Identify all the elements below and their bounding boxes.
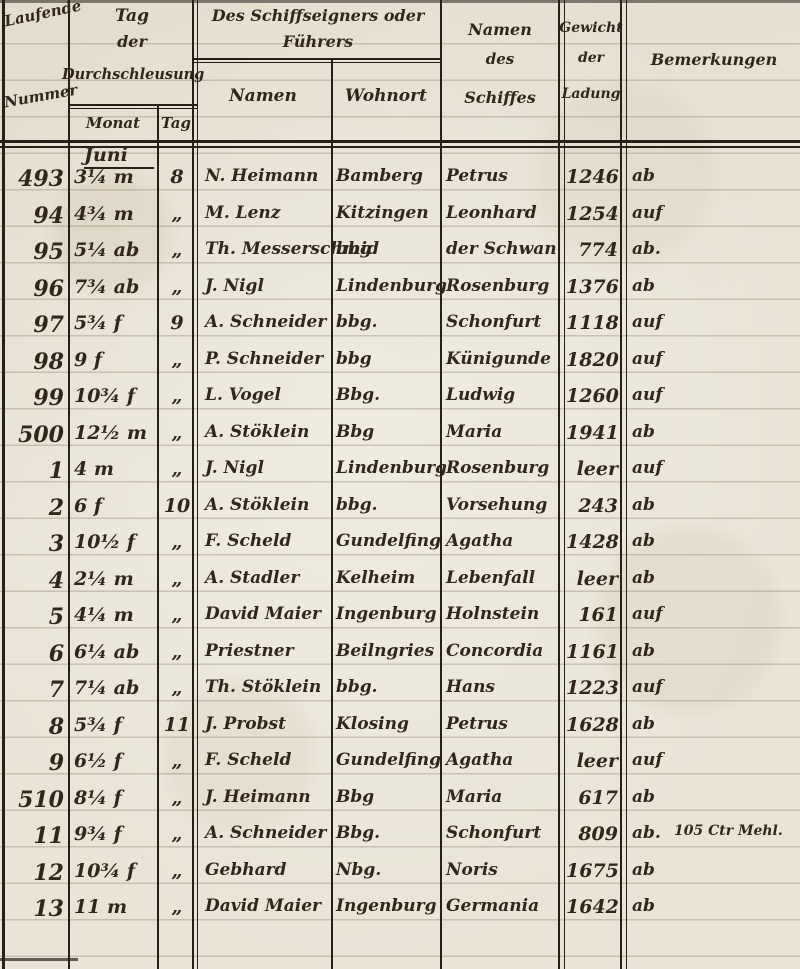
- row-nummer: 493: [4, 166, 64, 192]
- frame-monat-tag-top-a: [68, 104, 197, 106]
- row-nummer: 98: [4, 349, 64, 375]
- row-wohnort: bbg.: [336, 495, 438, 515]
- row-wohnort: Bbg.: [336, 385, 438, 405]
- row-gewicht: 1428: [566, 531, 618, 553]
- row-name: A. Stadler: [205, 568, 331, 588]
- row-richtung: auf: [632, 458, 672, 478]
- row-zeit: 7¼ ab: [74, 677, 158, 699]
- row-zeit: 5¼ ab: [74, 239, 158, 261]
- row-nummer: 6: [4, 641, 64, 667]
- row-tag: „: [160, 787, 194, 809]
- frame-eigner-underline-a: [193, 58, 440, 60]
- row-nummer: 500: [4, 422, 64, 448]
- header-sub-wohnort: Wohnort: [334, 86, 438, 107]
- row-tag: „: [160, 896, 194, 918]
- row-richtung: auf: [632, 677, 672, 697]
- ledger-row: 11 9¾ f „ A. Schneider Bbg. Schonfurt 80…: [0, 823, 800, 859]
- row-nummer: 13: [4, 896, 64, 922]
- ledger-row: 5 4¼ m „ David Maier Ingenburg Holnstein…: [0, 604, 800, 640]
- frame-top-edge: [0, 0, 800, 3]
- row-name: N. Heimann: [205, 166, 331, 186]
- row-nummer: 1: [4, 458, 64, 484]
- row-tag: „: [160, 823, 194, 845]
- row-zeit: 2¼ m: [74, 568, 158, 590]
- row-gewicht: leer: [566, 568, 618, 590]
- row-name: F. Scheld: [205, 531, 331, 551]
- row-nummer: 95: [4, 239, 64, 265]
- row-wohnort: Bbg: [336, 787, 438, 807]
- row-tag: 8: [160, 166, 194, 188]
- ledger-row: 4 2¼ m „ A. Stadler Kelheim Lebenfall le…: [0, 568, 800, 604]
- ledger-row: 493 3¼ m 8 N. Heimann Bamberg Petrus 124…: [0, 166, 800, 202]
- frame-header-bottom-a: [0, 140, 800, 143]
- row-schiff: Concordia: [446, 641, 558, 661]
- row-name: Priestner: [205, 641, 331, 661]
- row-nummer: 9: [4, 750, 64, 776]
- row-wohnort: Gundelfing: [336, 531, 438, 551]
- row-tag: „: [160, 239, 194, 261]
- ledger-row: 13 11 m „ David Maier Ingenburg Germania…: [0, 896, 800, 932]
- ledger-row: 510 8¼ f „ J. Heimann Bbg Maria 617 ab: [0, 787, 800, 823]
- row-nummer: 94: [4, 203, 64, 229]
- ledger-row: 99 10¾ f „ L. Vogel Bbg. Ludwig 1260 auf: [0, 385, 800, 421]
- row-zeit: 10¾ f: [74, 860, 158, 882]
- row-name: A. Schneider: [205, 823, 331, 843]
- row-nummer: 99: [4, 385, 64, 411]
- row-wohnort: Ingenburg: [336, 896, 438, 916]
- header-gewicht-line1: Gewicht: [556, 20, 626, 38]
- row-wohnort: Beilngries: [336, 641, 438, 661]
- header-sub-tag: Tag: [158, 114, 194, 133]
- row-tag: „: [160, 641, 194, 663]
- ledger-row: 3 10½ f „ F. Scheld Gundelfing Agatha 14…: [0, 531, 800, 567]
- header-schiff-line3: Schiffes: [442, 88, 558, 108]
- row-wohnort: Bamberg: [336, 166, 438, 186]
- row-richtung: ab: [632, 896, 672, 916]
- row-wohnort: Lindenburg: [336, 276, 438, 296]
- row-richtung: ab: [632, 276, 672, 296]
- row-wohnort: Gundelfing: [336, 750, 438, 770]
- row-tag: „: [160, 750, 194, 772]
- row-schiff: Holnstein: [446, 604, 558, 624]
- row-gewicht: 1246: [566, 166, 618, 188]
- row-schiff: Schonfurt: [446, 823, 558, 843]
- row-zeit: 4¾ m: [74, 203, 158, 225]
- row-schiff: Rosenburg: [446, 458, 558, 478]
- row-tag: „: [160, 349, 194, 371]
- row-gewicht: 617: [566, 787, 618, 809]
- header-tag-group-line3: Durchschleusung: [62, 66, 202, 84]
- ledger-page: Laufende Nummer Tag der Durchschleusung …: [0, 0, 800, 969]
- row-schiff: Agatha: [446, 531, 558, 551]
- row-gewicht: 1820: [566, 349, 618, 371]
- row-schiff: Germania: [446, 896, 558, 916]
- row-tag: „: [160, 422, 194, 444]
- row-zeit: 6½ f: [74, 750, 158, 772]
- row-gewicht: 161: [566, 604, 618, 626]
- row-gewicht: leer: [566, 458, 618, 480]
- row-richtung: auf: [632, 604, 672, 624]
- row-richtung: auf: [632, 312, 672, 332]
- row-name: J. Nigl: [205, 276, 331, 296]
- row-richtung: ab: [632, 641, 672, 661]
- header-nummer-line1: Laufende: [3, 0, 68, 31]
- row-nummer: 96: [4, 276, 64, 302]
- row-gewicht: 1376: [566, 276, 618, 298]
- header-sub-monat: Monat: [70, 114, 156, 133]
- row-gewicht: 1161: [566, 641, 618, 663]
- row-schiff: Maria: [446, 422, 558, 442]
- row-tag: „: [160, 276, 194, 298]
- row-schiff: Petrus: [446, 166, 558, 186]
- row-gewicht: 1642: [566, 896, 618, 918]
- row-schiff: Lebenfall: [446, 568, 558, 588]
- row-name: David Maier: [205, 896, 331, 916]
- ledger-row: 9 6½ f „ F. Scheld Gundelfing Agatha lee…: [0, 750, 800, 786]
- header-eigner-line1: Des Schiffseigners oder: [198, 6, 438, 26]
- row-zeit: 10¾ f: [74, 385, 158, 407]
- row-nummer: 510: [4, 787, 64, 813]
- row-wohnort: bbg.: [336, 239, 438, 259]
- row-name: M. Lenz: [205, 203, 331, 223]
- row-tag: „: [160, 568, 194, 590]
- header-gewicht-line3: Ladung: [556, 86, 626, 104]
- row-richtung: auf: [632, 203, 672, 223]
- row-gewicht: 243: [566, 495, 618, 517]
- row-nummer: 3: [4, 531, 64, 557]
- row-name: F. Scheld: [205, 750, 331, 770]
- row-richtung: ab.: [632, 239, 672, 259]
- row-name: L. Vogel: [205, 385, 331, 405]
- ledger-row: 7 7¼ ab „ Th. Stöklein bbg. Hans 1223 au…: [0, 677, 800, 713]
- row-richtung: ab: [632, 714, 672, 734]
- row-wohnort: Lindenburg: [336, 458, 438, 478]
- row-gewicht: 1675: [566, 860, 618, 882]
- header-bemerkungen: Bemerkungen: [630, 50, 798, 70]
- row-wohnort: bbg: [336, 349, 438, 369]
- ledger-row: 2 6 f 10 A. Stöklein bbg. Vorsehung 243 …: [0, 495, 800, 531]
- row-zeit: 6 f: [74, 495, 158, 517]
- row-schiff: Vorsehung: [446, 495, 558, 515]
- row-schiff: Künigunde: [446, 349, 558, 369]
- frame-bottom-left-mark: [0, 958, 78, 961]
- row-name: Th. Messerschmid: [205, 239, 331, 259]
- header-tag-group-line2: der: [70, 32, 194, 52]
- row-name: J. Nigl: [205, 458, 331, 478]
- row-zeit: 4¼ m: [74, 604, 158, 626]
- row-name: A. Schneider: [205, 312, 331, 332]
- ledger-row: 97 5¾ f 9 A. Schneider bbg. Schonfurt 11…: [0, 312, 800, 348]
- row-gewicht: 809: [566, 823, 618, 845]
- row-name: A. Stöklein: [205, 422, 331, 442]
- ledger-row: 6 6¼ ab „ Priestner Beilngries Concordia…: [0, 641, 800, 677]
- ledger-row: 1 4 m „ J. Nigl Lindenburg Rosenburg lee…: [0, 458, 800, 494]
- row-richtung: ab: [632, 166, 672, 186]
- row-richtung: auf: [632, 349, 672, 369]
- row-wohnort: Kitzingen: [336, 203, 438, 223]
- row-wohnort: Bbg.: [336, 823, 438, 843]
- row-schiff: Schonfurt: [446, 312, 558, 332]
- row-schiff: Rosenburg: [446, 276, 558, 296]
- row-gewicht: leer: [566, 750, 618, 772]
- row-tag: „: [160, 203, 194, 225]
- row-zeit: 8¼ f: [74, 787, 158, 809]
- row-gewicht: 774: [566, 239, 618, 261]
- row-gewicht: 1118: [566, 312, 618, 334]
- row-richtung: ab: [632, 787, 672, 807]
- row-richtung: ab: [632, 495, 672, 515]
- frame-monat-tag-top-b: [68, 108, 197, 109]
- row-schiff: Ludwig: [446, 385, 558, 405]
- row-schiff: Agatha: [446, 750, 558, 770]
- header-schiff-line1: Namen: [442, 20, 558, 40]
- row-richtung: ab: [632, 422, 672, 442]
- ledger-row: 96 7¾ ab „ J. Nigl Lindenburg Rosenburg …: [0, 276, 800, 312]
- row-wohnort: bbg.: [336, 312, 438, 332]
- ledger-row: 95 5¼ ab „ Th. Messerschmid bbg. der Sch…: [0, 239, 800, 275]
- row-gewicht: 1223: [566, 677, 618, 699]
- frame-eigner-underline-b: [193, 62, 440, 63]
- row-zeit: 12½ m: [74, 422, 158, 444]
- row-nummer: 5: [4, 604, 64, 630]
- row-richtung: ab: [632, 531, 672, 551]
- row-gewicht: 1941: [566, 422, 618, 444]
- ledger-row: 500 12½ m „ A. Stöklein Bbg Maria 1941 a…: [0, 422, 800, 458]
- row-tag: „: [160, 531, 194, 553]
- row-wohnort: Bbg: [336, 422, 438, 442]
- row-nummer: 11: [4, 823, 64, 849]
- row-zeit: 9¾ f: [74, 823, 158, 845]
- ledger-row: 12 10¾ f „ Gebhard Nbg. Noris 1675 ab: [0, 860, 800, 896]
- row-schiff: der Schwan: [446, 239, 558, 259]
- header-tag-group-line1: Tag: [70, 6, 194, 27]
- row-schiff: Petrus: [446, 714, 558, 734]
- header-eigner-line2: Führers: [198, 32, 438, 52]
- row-tag: 9: [160, 312, 194, 334]
- row-nummer: 97: [4, 312, 64, 338]
- row-wohnort: Kelheim: [336, 568, 438, 588]
- row-zeit: 3¼ m: [74, 166, 158, 188]
- row-richtung: ab: [632, 568, 672, 588]
- row-schiff: Noris: [446, 860, 558, 880]
- row-richtung: auf: [632, 385, 672, 405]
- row-nummer: 4: [4, 568, 64, 594]
- header-sub-namen: Namen: [198, 86, 328, 107]
- row-zeit: 4 m: [74, 458, 158, 480]
- row-name: A. Stöklein: [205, 495, 331, 515]
- row-zeit: 6¼ ab: [74, 641, 158, 663]
- row-schiff: Leonhard: [446, 203, 558, 223]
- row-schiff: Maria: [446, 787, 558, 807]
- row-schiff: Hans: [446, 677, 558, 697]
- row-zeit: 11 m: [74, 896, 158, 918]
- row-tag: „: [160, 860, 194, 882]
- row-tag: „: [160, 604, 194, 626]
- row-gewicht: 1628: [566, 714, 618, 736]
- row-wohnort: bbg.: [336, 677, 438, 697]
- row-nummer: 12: [4, 860, 64, 886]
- row-nummer: 7: [4, 677, 64, 703]
- row-richtung: auf: [632, 750, 672, 770]
- row-name: Th. Stöklein: [205, 677, 331, 697]
- row-zeit: 5¾ f: [74, 312, 158, 334]
- row-zeit: 10½ f: [74, 531, 158, 553]
- row-tag: 11: [160, 714, 194, 736]
- ledger-row: 94 4¾ m „ M. Lenz Kitzingen Leonhard 125…: [0, 203, 800, 239]
- ledger-row: 8 5¾ f 11 J. Probst Klosing Petrus 1628 …: [0, 714, 800, 750]
- row-name: David Maier: [205, 604, 331, 624]
- row-tag: „: [160, 677, 194, 699]
- row-name: J. Heimann: [205, 787, 331, 807]
- row-gewicht: 1260: [566, 385, 618, 407]
- row-bemerkung: 105 Ctr Mehl.: [674, 823, 796, 839]
- header-gewicht-line2: der: [560, 50, 622, 68]
- row-richtung: ab: [632, 860, 672, 880]
- header-schiff-line2: des: [442, 50, 558, 69]
- row-wohnort: Ingenburg: [336, 604, 438, 624]
- ledger-row: 98 9 f „ P. Schneider bbg Künigunde 1820…: [0, 349, 800, 385]
- row-zeit: 9 f: [74, 349, 158, 371]
- row-tag: „: [160, 385, 194, 407]
- row-name: Gebhard: [205, 860, 331, 880]
- row-gewicht: 1254: [566, 203, 618, 225]
- row-name: P. Schneider: [205, 349, 331, 369]
- row-zeit: 5¾ f: [74, 714, 158, 736]
- row-wohnort: Klosing: [336, 714, 438, 734]
- row-name: J. Probst: [205, 714, 331, 734]
- row-nummer: 2: [4, 495, 64, 521]
- row-tag: „: [160, 458, 194, 480]
- row-nummer: 8: [4, 714, 64, 740]
- row-wohnort: Nbg.: [336, 860, 438, 880]
- row-tag: 10: [160, 495, 194, 517]
- row-richtung: ab.: [632, 823, 672, 843]
- header-nummer-line2: Nummer: [3, 83, 67, 112]
- row-zeit: 7¾ ab: [74, 276, 158, 298]
